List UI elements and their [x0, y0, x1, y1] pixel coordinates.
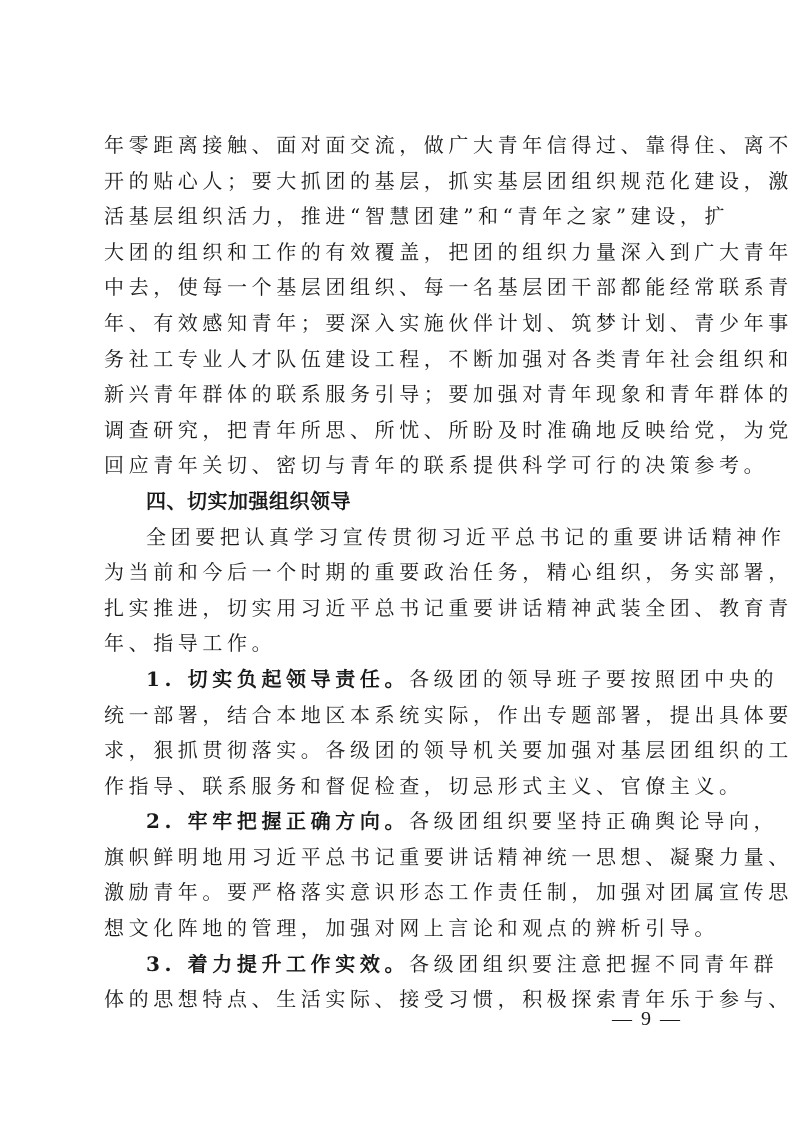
text-line: 回应青年关切、密切与青年的联系提供科学可行的决策参考。: [104, 448, 692, 484]
item-paragraph-2: 2. 牢牢把握正确方向。各级团组织要坚持正确舆论导向， 旗帜鲜明地用习近平总书记…: [104, 804, 692, 946]
text-line: 为当前和今后一个时期的重要政治任务，精心组织，务实部署，: [104, 555, 692, 591]
text-line: 1. 切实负起领导责任。各级团的领导班子要按照团中央的: [104, 662, 692, 698]
text-line: 求，狠抓贯彻落实。各级团的领导机关要加强对基层团组织的工: [104, 733, 692, 769]
text-line: 作指导、联系服务和督促检查，切忌形式主义、官僚主义。: [104, 769, 692, 805]
text-line: 新兴青年群体的联系服务引导；要加强对青年现象和青年群体的: [104, 377, 692, 413]
intro-paragraph: 全团要把认真学习宣传贯彻习近平总书记的重要讲话精神作 为当前和今后一个时期的重要…: [104, 520, 692, 662]
text-line: 活基层组织活力，推进“智慧团建”和“青年之家”建设，扩: [104, 199, 692, 235]
text-line: 年、指导工作。: [104, 626, 692, 662]
text-line: 调查研究，把青年所思、所忧、所盼及时准确地反映给党，为党: [104, 413, 692, 449]
text-line: 年零距离接触、面对面交流，做广大青年信得过、靠得住、离不: [104, 128, 692, 164]
section-heading: 四、切实加强组织领导: [104, 484, 692, 520]
text-line: 激励青年。要严格落实意识形态工作责任制，加强对团属宣传思: [104, 875, 692, 911]
text-line: 3. 着力提升工作实效。各级团组织要注意把握不同青年群: [104, 947, 692, 983]
item-text: 各级团组织要注意把握不同青年群: [409, 952, 778, 976]
text-line: 务社工专业人才队伍建设工程，不断加强对各类青年社会组织和: [104, 342, 692, 378]
text-line: 体的思想特点、生活实际、接受习惯，积极探索青年乐于参与、: [104, 982, 692, 1018]
item-lead: 2. 牢牢把握正确方向。: [146, 809, 409, 833]
text-line: 扎实推进，切实用习近平总书记重要讲话精神武装全团、教育青: [104, 591, 692, 627]
item-lead: 3. 着力提升工作实效。: [146, 952, 409, 976]
document-page: 年零距离接触、面对面交流，做广大青年信得过、靠得住、离不 开的贴心人；要大抓团的…: [104, 128, 692, 1018]
item-lead: 1. 切实负起领导责任。: [146, 667, 409, 691]
continuation-paragraph: 年零距离接触、面对面交流，做广大青年信得过、靠得住、离不 开的贴心人；要大抓团的…: [104, 128, 692, 484]
item-text: 各级团的领导班子要按照团中央的: [409, 667, 778, 691]
page-number: — 9 —: [612, 1008, 682, 1031]
text-line: 旗帜鲜明地用习近平总书记重要讲话精神统一思想、凝聚力量、: [104, 840, 692, 876]
text-line: 想文化阵地的管理，加强对网上言论和观点的辨析引导。: [104, 911, 692, 947]
text-line: 统一部署，结合本地区本系统实际，作出专题部署，提出具体要: [104, 698, 692, 734]
item-paragraph-3: 3. 着力提升工作实效。各级团组织要注意把握不同青年群 体的思想特点、生活实际、…: [104, 947, 692, 1018]
item-paragraph-1: 1. 切实负起领导责任。各级团的领导班子要按照团中央的 统一部署，结合本地区本系…: [104, 662, 692, 804]
text-line: 开的贴心人；要大抓团的基层，抓实基层团组织规范化建设，激: [104, 164, 692, 200]
text-line: 年、有效感知青年；要深入实施伙伴计划、筑梦计划、青少年事: [104, 306, 692, 342]
text-line: 全团要把认真学习宣传贯彻习近平总书记的重要讲话精神作: [104, 520, 692, 556]
item-text: 各级团组织要坚持正确舆论导向，: [409, 809, 778, 833]
text-line: 中去，使每一个基层团组织、每一名基层团干部都能经常联系青: [104, 270, 692, 306]
text-line: 2. 牢牢把握正确方向。各级团组织要坚持正确舆论导向，: [104, 804, 692, 840]
text-line: 大团的组织和工作的有效覆盖，把团的组织力量深入到广大青年: [104, 235, 692, 271]
